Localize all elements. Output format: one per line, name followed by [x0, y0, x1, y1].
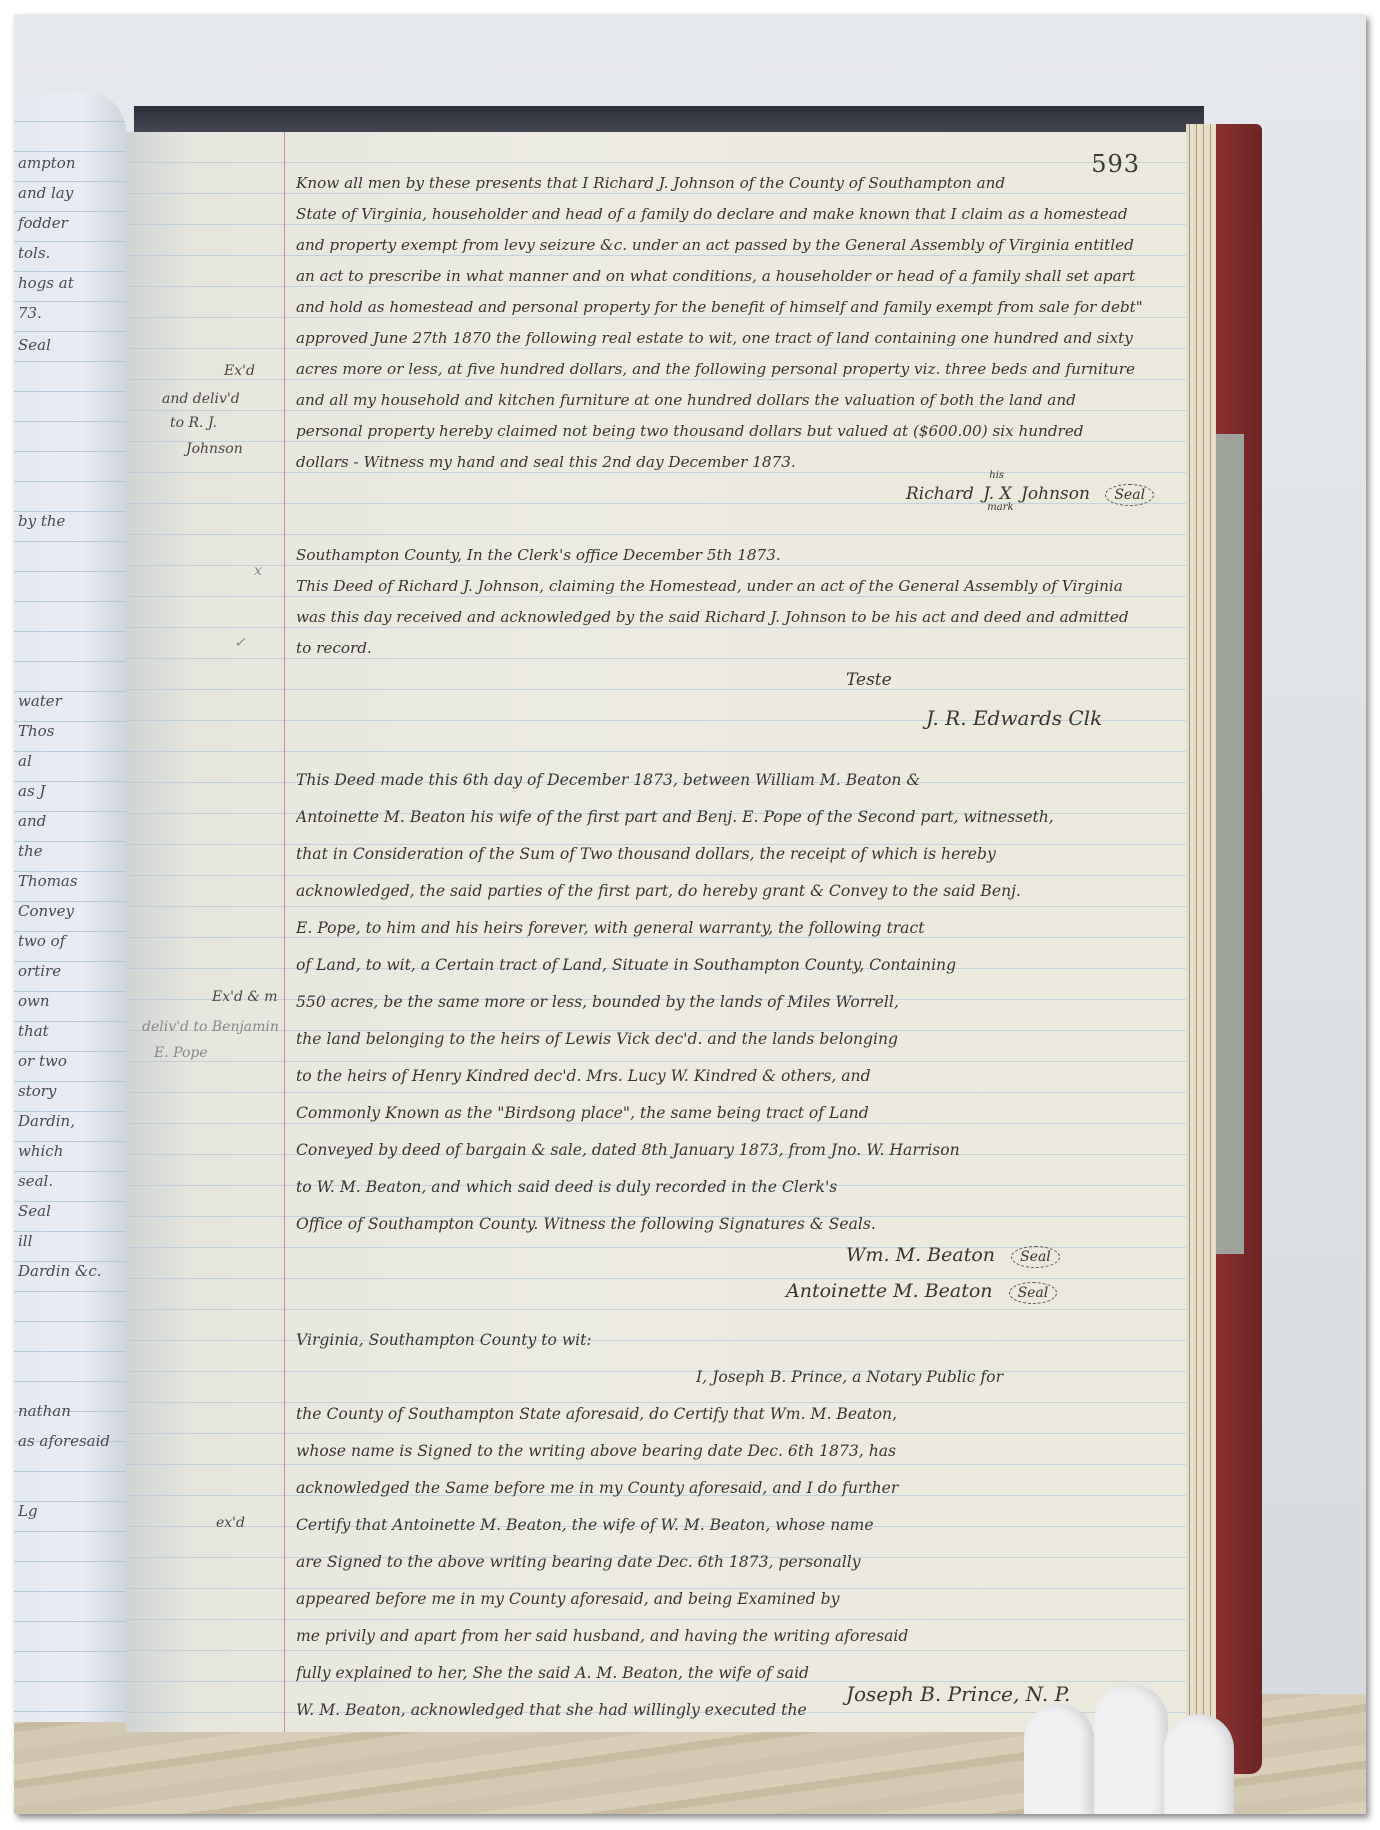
deed-line: to the heirs of Henry Kindred dec'd. Mrs… — [296, 1058, 1151, 1095]
left-page-fragment: by the — [18, 512, 65, 530]
left-page-fragment: own — [18, 992, 50, 1010]
signature-mark: J. X — [983, 484, 1011, 504]
notary-line: are Signed to the above writing bearing … — [296, 1544, 1151, 1581]
left-page-fragment: ortire — [18, 962, 61, 980]
deed-line: acknowledged, the said parties of the fi… — [296, 873, 1151, 910]
deed-line: dollars - Witness my hand and seal this … — [296, 447, 1151, 478]
left-page-fragment: the — [18, 842, 43, 860]
left-page-fragment: 73. — [18, 304, 42, 322]
book-cover-cloth-strip — [1214, 434, 1244, 1254]
margin-note-recipient: to R. J. — [170, 412, 217, 434]
left-page-fragment: that — [18, 1022, 49, 1040]
signature-name: Wm. M. Beaton — [846, 1244, 995, 1266]
notary-signature: Joseph B. Prince, N. P. — [846, 1682, 1070, 1706]
left-page-fragment: ampton — [18, 154, 76, 172]
left-page-fragment: and lay — [18, 184, 73, 202]
margin-note-recipient: E. Pope — [154, 1042, 208, 1064]
deed-line: E. Pope, to him and his heirs forever, w… — [296, 910, 1151, 947]
deed-line: 550 acres, be the same more or less, bou… — [296, 984, 1151, 1021]
left-page-fragment: Seal — [18, 1202, 51, 1220]
deed-line: to W. M. Beaton, and which said deed is … — [296, 1169, 1151, 1206]
glove-finger — [1164, 1714, 1234, 1814]
seal-icon: Seal — [1105, 484, 1154, 506]
left-page-fragment: which — [18, 1142, 63, 1160]
notary-heading: Virginia, Southampton County to wit: — [296, 1322, 1151, 1359]
deed-line: personal property hereby claimed not bei… — [296, 416, 1151, 447]
deed-line: Office of Southampton County. Witness th… — [296, 1206, 1151, 1243]
deed-line: Antoinette M. Beaton his wife of the fir… — [296, 799, 1151, 836]
left-page-fragment: Dardin, — [18, 1112, 75, 1130]
left-page-fragment: story — [18, 1082, 56, 1100]
certificate-line: Southampton County, In the Clerk's offic… — [296, 540, 1151, 571]
left-page-fragment: Seal — [18, 336, 51, 354]
left-page: ampton and lay fodder tols. hogs at 73. … — [14, 92, 126, 1722]
johnson-signature: Richard his J. X mark Johnson Seal — [906, 484, 1154, 506]
deed-line: and all my household and kitchen furnitu… — [296, 385, 1151, 416]
signature-name: Antoinette M. Beaton — [786, 1280, 993, 1302]
margin-rule — [284, 132, 285, 1732]
left-page-fragment: ill — [18, 1232, 32, 1250]
left-page-fragment: Lg — [18, 1502, 38, 1520]
glove-finger — [1024, 1704, 1094, 1814]
notary-line: acknowledged the Same before me in my Co… — [296, 1470, 1151, 1507]
notary-line: me privily and apart from her said husba… — [296, 1618, 1151, 1655]
left-page-fragment: as J — [18, 782, 45, 800]
certificate-line: was this day received and acknowledged b… — [296, 602, 1151, 633]
left-page-fragment: seal. — [18, 1172, 53, 1190]
deed-line: This Deed made this 6th day of December … — [296, 762, 1151, 799]
left-page-fragment: Dardin &c. — [18, 1262, 102, 1280]
left-page-fragment: as aforesaid — [18, 1432, 110, 1450]
deed-line: and property exempt from levy seizure &c… — [296, 230, 1151, 261]
certificate-line: This Deed of Richard J. Johnson, claimin… — [296, 571, 1151, 602]
deed-line: an act to prescribe in what manner and o… — [296, 261, 1151, 292]
beaton-deed: This Deed made this 6th day of December … — [296, 762, 1151, 1243]
deed-line: and hold as homestead and personal prope… — [296, 292, 1151, 323]
left-page-fragment: Convey — [18, 902, 74, 920]
margin-note-delivered: and deliv'd — [162, 388, 240, 410]
left-page-fragment: tols. — [18, 244, 50, 262]
signature-his: his — [989, 470, 1004, 481]
page-edges — [1186, 124, 1216, 1774]
notary-certificate: Virginia, Southampton County to wit: I, … — [296, 1322, 1151, 1732]
deed-line: Commonly Known as the "Birdsong place", … — [296, 1095, 1151, 1132]
beaton-signature-william: Wm. M. Beaton Seal — [846, 1244, 1060, 1268]
left-page-fragment: Thos — [18, 722, 54, 740]
left-page-fragment: fodder — [18, 214, 68, 232]
notary-line: the County of Southampton State aforesai… — [296, 1396, 1151, 1433]
notary-line: Same, and does not wish to retract it. G… — [296, 1729, 1151, 1732]
notary-line: I, Joseph B. Prince, a Notary Public for — [296, 1359, 1151, 1396]
left-page-fragment: hogs at — [18, 274, 74, 292]
seal-icon: Seal — [1011, 1246, 1060, 1268]
deed-line: of Land, to wit, a Certain tract of Land… — [296, 947, 1151, 984]
seal-icon: Seal — [1009, 1282, 1058, 1304]
beaton-signature-antoinette: Antoinette M. Beaton Seal — [786, 1280, 1057, 1304]
deed-line: that in Consideration of the Sum of Two … — [296, 836, 1151, 873]
teste-label: Teste — [846, 670, 892, 690]
margin-note-examined: ex'd — [216, 1512, 245, 1534]
margin-note-delivered: deliv'd to Benjamin — [142, 1016, 279, 1038]
margin-note-examined: Ex'd & m — [212, 986, 278, 1008]
book-cover-top-edge — [134, 106, 1204, 132]
notary-line: Certify that Antoinette M. Beaton, the w… — [296, 1507, 1151, 1544]
margin-note-recipient-name: Johnson — [186, 438, 243, 460]
homestead-deed: Know all men by these presents that I Ri… — [296, 168, 1151, 478]
margin-check-mark: x — [254, 560, 262, 582]
notary-line: appeared before me in my County aforesai… — [296, 1581, 1151, 1618]
left-page-fragment: or two — [18, 1052, 67, 1070]
left-page-fragment: nathan — [18, 1402, 71, 1420]
clerk-certificate: Southampton County, In the Clerk's offic… — [296, 540, 1151, 664]
notary-line: whose name is Signed to the writing abov… — [296, 1433, 1151, 1470]
deed-line: Know all men by these presents that I Ri… — [296, 168, 1151, 199]
certificate-line: to record. — [296, 633, 1151, 664]
deed-line: Conveyed by deed of bargain & sale, date… — [296, 1132, 1151, 1169]
margin-note-examined: Ex'd — [224, 360, 255, 382]
photo-frame: ampton and lay fodder tols. hogs at 73. … — [14, 14, 1366, 1814]
left-page-fragment: and — [18, 812, 46, 830]
left-page-fragment: al — [18, 752, 32, 770]
clerk-signature: J. R. Edwards Clk — [926, 706, 1102, 730]
deed-line: acres more or less, at five hundred doll… — [296, 354, 1151, 385]
signature-first-name: Richard — [906, 484, 974, 504]
deed-line: approved June 27th 1870 the following re… — [296, 323, 1151, 354]
left-page-fragment: Thomas — [18, 872, 78, 890]
right-page: 593 Ex'd and deliv'd to R. J. Johnson x … — [126, 132, 1188, 1732]
glove-finger — [1094, 1684, 1168, 1814]
deed-line: State of Virginia, householder and head … — [296, 199, 1151, 230]
signature-mark-label: mark — [987, 502, 1013, 513]
left-page-fragment: two of — [18, 932, 65, 950]
left-page-fragment: water — [18, 692, 62, 710]
margin-check-mark: ✓ — [234, 632, 246, 654]
deed-line: the land belonging to the heirs of Lewis… — [296, 1021, 1151, 1058]
signature-last-name: Johnson — [1021, 484, 1090, 504]
